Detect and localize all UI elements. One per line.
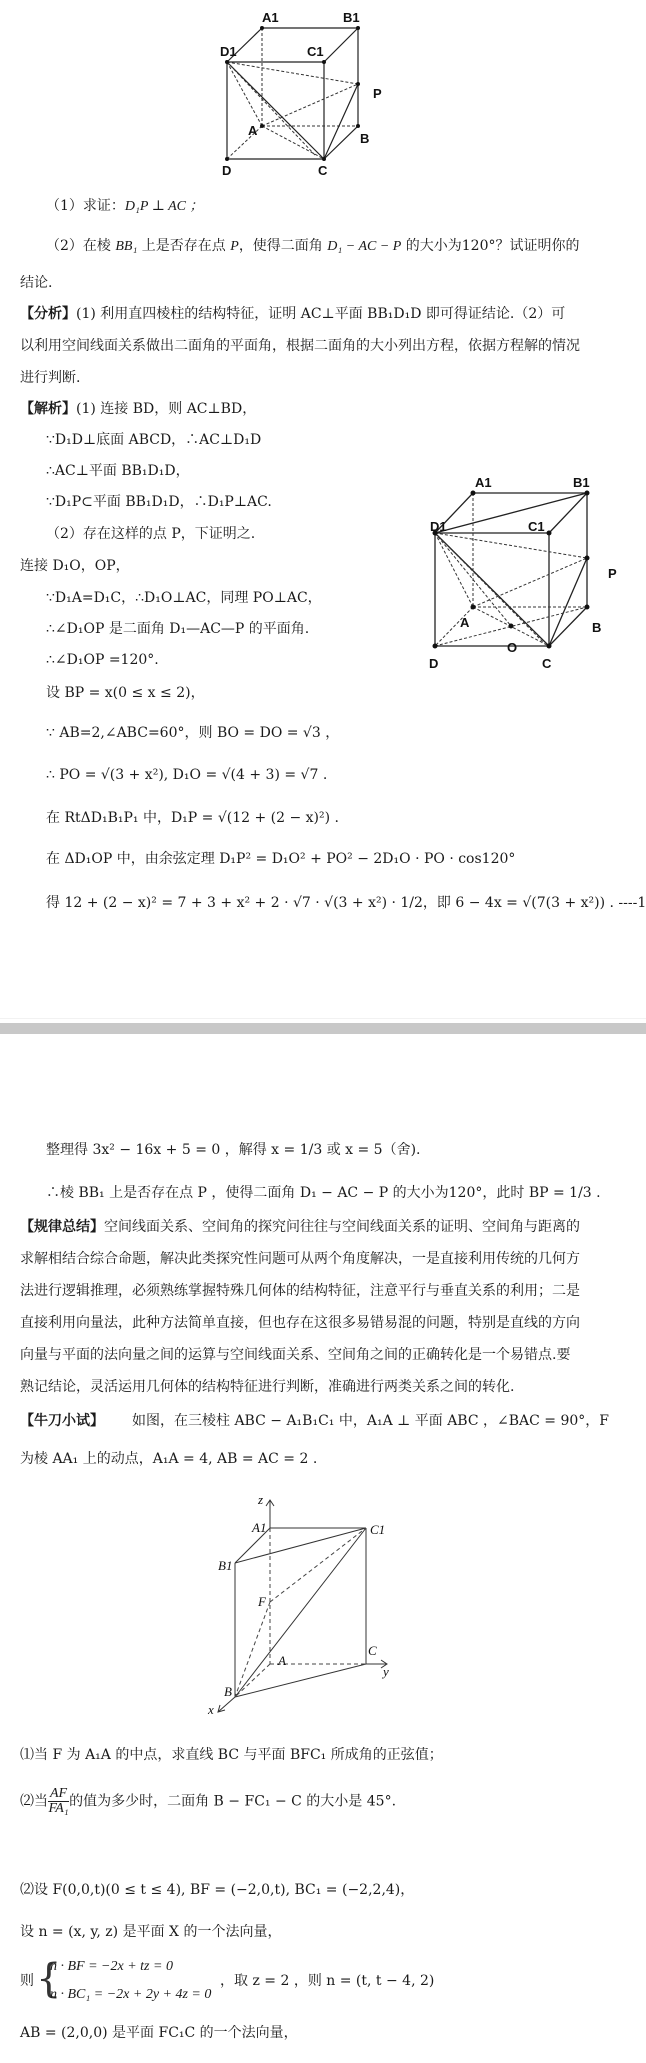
label-c: C bbox=[542, 656, 552, 671]
summary-text: 空间线面关系、空间角的探究问往往与空间线面关系的证明、空间角与距离的 bbox=[104, 1219, 580, 1235]
label-b1: B1 bbox=[343, 10, 360, 25]
label-c1: C1 bbox=[307, 44, 324, 59]
q2-text: ，使得二面角 bbox=[239, 238, 327, 254]
label-o: O bbox=[507, 640, 517, 655]
analysis-tag: 【分析】 bbox=[20, 306, 76, 322]
q2-text: 上是否存在点 bbox=[137, 238, 230, 254]
label-c: C bbox=[318, 163, 328, 175]
solution-line: 连接 D₁O，OP， bbox=[20, 556, 130, 576]
page-separator bbox=[0, 1023, 646, 1034]
label-a: A bbox=[277, 1653, 286, 1668]
q2-text: 的大小为120°？试证明你的 bbox=[401, 238, 579, 254]
solution-line: 设 BP = x(0 ≤ x ≤ 2)， bbox=[46, 683, 205, 703]
trial-tag: 【牛刀小试】 bbox=[20, 1413, 104, 1429]
solution-line: ∵D₁D⊥底面 ABCD，∴AC⊥D₁D bbox=[46, 430, 261, 450]
equation-2: n · BC₁ = −2x + 2y + 4z = 0 bbox=[50, 1985, 211, 2005]
q1-math: D₁P ⊥ AC ； bbox=[125, 199, 204, 214]
question-1: （1）求证：D₁P ⊥ AC ； bbox=[46, 196, 204, 217]
trial-line-1: 【牛刀小试】如图，在三棱柱 ABC − A₁B₁C₁ 中，A₁A ⊥ 平面 AB… bbox=[20, 1411, 609, 1431]
prism-figure: z A1 C1 B1 F C A y B x bbox=[190, 1490, 430, 1720]
label-a1: A1 bbox=[475, 475, 492, 490]
fraction-denominator: FA₁ bbox=[48, 1802, 69, 1816]
solution-line: 整理得 3x² − 16x + 5 = 0 ，解得 x = 1/3 或 x = … bbox=[46, 1140, 421, 1160]
trial-line-2: 为棱 AA₁ 上的动点，A₁A = 4, AB = AC = 2 . bbox=[20, 1449, 317, 1469]
solution-line: （2）存在这样的点 P，下证明之. bbox=[46, 524, 255, 544]
solution-line: ∵D₁P⊂平面 BB₁D₁D，∴D₁P⊥AC. bbox=[46, 492, 272, 512]
question-2-cont: 结论. bbox=[20, 273, 52, 293]
sub-question-2-text: ⑵当 bbox=[20, 1794, 48, 1810]
label-p: P bbox=[608, 566, 617, 581]
summary-line: 向量与平面的法向量之间的运算与空间线面关系、空间角之间的正确转化是一个易错点.要 bbox=[20, 1345, 570, 1365]
analysis-line-1: 【分析】(1) 利用直四棱柱的结构特征，证明 AC⊥平面 BB₁D₁D 即可得证… bbox=[20, 304, 565, 324]
solution-line: ∴∠D₁OP 是二面角 D₁—AC—P 的平面角. bbox=[46, 619, 309, 639]
label-x: x bbox=[207, 1702, 214, 1717]
label-d: D bbox=[429, 656, 438, 671]
equation-result: ，取 z = 2 ，则 n = (t, t − 4, 2) bbox=[220, 1971, 434, 1991]
q2-math: D₁ − AC − P bbox=[327, 239, 401, 254]
label-p: P bbox=[373, 86, 382, 101]
label-c1: C1 bbox=[528, 519, 545, 534]
summary-line-1: 【规律总结】空间线面关系、空间角的探究问往往与空间线面关系的证明、空间角与距离的 bbox=[20, 1217, 580, 1237]
label-b1: B1 bbox=[218, 1558, 232, 1573]
analysis-line-3: 进行判断. bbox=[20, 368, 80, 388]
solution-line: 设 n = (x, y, z) 是平面 X 的一个法向量， bbox=[20, 1922, 281, 1942]
solution-line: 在 ΔD₁OP 中，由余弦定理 D₁P² = D₁O² + PO² − 2D₁O… bbox=[46, 849, 515, 869]
label-a: A bbox=[248, 123, 258, 138]
label-b: B bbox=[224, 1684, 232, 1699]
summary-line: 直接利用向量法，此种方法简单直接，但也存在这很多易错易混的问题，特别是直线的方向 bbox=[20, 1313, 580, 1333]
label-b: B bbox=[592, 620, 601, 635]
sub-question-2-text: 的值为多少时，二面角 B − FC₁ − C 的大小是 45°. bbox=[69, 1794, 396, 1810]
cube-figure-2: A1 B1 D1 C1 P A B O D C bbox=[425, 470, 640, 675]
solution-line: ∵D₁A=D₁C，∴D₁O⊥AC，同理 PO⊥AC， bbox=[46, 588, 322, 608]
sub-question-2: ⑵当AFFA₁的值为多少时，二面角 B − FC₁ − C 的大小是 45°. bbox=[20, 1787, 396, 1816]
summary-line: 法进行逻辑推理，必须熟练掌握特殊几何体的结构特征，注意平行与垂直关系的利用；二是 bbox=[20, 1281, 580, 1301]
label-a1: A1 bbox=[251, 1520, 266, 1535]
solution-line: ∴∠D₁OP =120°. bbox=[46, 650, 159, 670]
solution-line: ∴棱 BB₁ 上是否存在点 P ，使得二面角 D₁ − AC − P 的大小为1… bbox=[46, 1183, 601, 1203]
q2-text: （2）在棱 bbox=[46, 238, 115, 254]
solution-tag: 【解析】 bbox=[20, 401, 76, 417]
sub-question-1: ⑴当 F 为 A₁A 的中点，求直线 BC 与平面 BFC₁ 所成角的正弦值； bbox=[20, 1745, 443, 1765]
label-a1: A1 bbox=[262, 10, 279, 25]
q2-math: P bbox=[230, 239, 239, 254]
q2-math: BB₁ bbox=[115, 239, 137, 254]
solution-line: AB = (2,0,0) 是平面 FC₁C 的一个法向量， bbox=[20, 2023, 298, 2043]
analysis-line-2: 以利用空间线面关系做出二面角的平面角，根据二面角的大小列出方程，依据方程解的情况 bbox=[20, 336, 580, 356]
solution-line-1: 【解析】(1) 连接 BD，则 AC⊥BD， bbox=[20, 399, 256, 419]
solution-line: ⑵设 F(0,0,t)(0 ≤ t ≤ 4), BF = (−2,0,t), B… bbox=[20, 1880, 414, 1900]
summary-tag: 【规律总结】 bbox=[20, 1219, 104, 1235]
solution-text: (1) 连接 BD，则 AC⊥BD， bbox=[76, 401, 256, 417]
label-z: z bbox=[257, 1492, 263, 1507]
solution-line: ∴ PO = √(3 + x²), D₁O = √(4 + 3) = √7 . bbox=[46, 765, 327, 785]
label-c1: C1 bbox=[370, 1522, 385, 1537]
fraction-numerator: AF bbox=[48, 1787, 69, 1802]
label-d: D bbox=[222, 163, 231, 175]
trial-text: 如图，在三棱柱 ABC − A₁B₁C₁ 中，A₁A ⊥ 平面 ABC ，∠BA… bbox=[132, 1413, 609, 1429]
label-c: C bbox=[368, 1643, 377, 1658]
page-break-line bbox=[0, 1018, 646, 1019]
label-b: B bbox=[360, 131, 369, 146]
label-a: A bbox=[460, 615, 470, 630]
label-y: y bbox=[381, 1664, 389, 1679]
question-2: （2）在棱 BB₁ 上是否存在点 P，使得二面角 D₁ − AC − P 的大小… bbox=[46, 236, 580, 257]
summary-line: 熟记结论，灵活运用几何体的结构特征进行判断，准确进行两类关系之间的转化. bbox=[20, 1377, 514, 1397]
solution-line: ∵ AB=2,∠ABC=60°，则 BO = DO = √3 ， bbox=[46, 723, 339, 743]
label-d1: D1 bbox=[430, 519, 447, 534]
solution-line: ∴AC⊥平面 BB₁D₁D， bbox=[46, 461, 190, 481]
cube-figure-1: A1 B1 D1 C1 P A B D C bbox=[215, 5, 405, 175]
label-f: F bbox=[257, 1594, 267, 1609]
fraction-af-fa1: AFFA₁ bbox=[48, 1787, 69, 1816]
solution-line: 在 RtΔD₁B₁P₁ 中，D₁P = √(12 + (2 − x)²) . bbox=[46, 808, 339, 828]
analysis-text: (1) 利用直四棱柱的结构特征，证明 AC⊥平面 BB₁D₁D 即可得证结论.（… bbox=[76, 306, 565, 322]
equation-prefix: 则 bbox=[20, 1971, 34, 1991]
equation-1: n · BF = −2x + tz = 0 bbox=[50, 1957, 173, 1977]
q1-label: （1）求证： bbox=[46, 198, 125, 214]
summary-line: 求解相结合综合命题，解决此类探究性问题可从两个角度解决，一是直接利用传统的几何方 bbox=[20, 1249, 580, 1269]
solution-line: 得 12 + (2 − x)² = 7 + 3 + x² + 2 · √7 · … bbox=[46, 893, 646, 913]
label-b1: B1 bbox=[573, 475, 590, 490]
label-d1: D1 bbox=[220, 44, 237, 59]
